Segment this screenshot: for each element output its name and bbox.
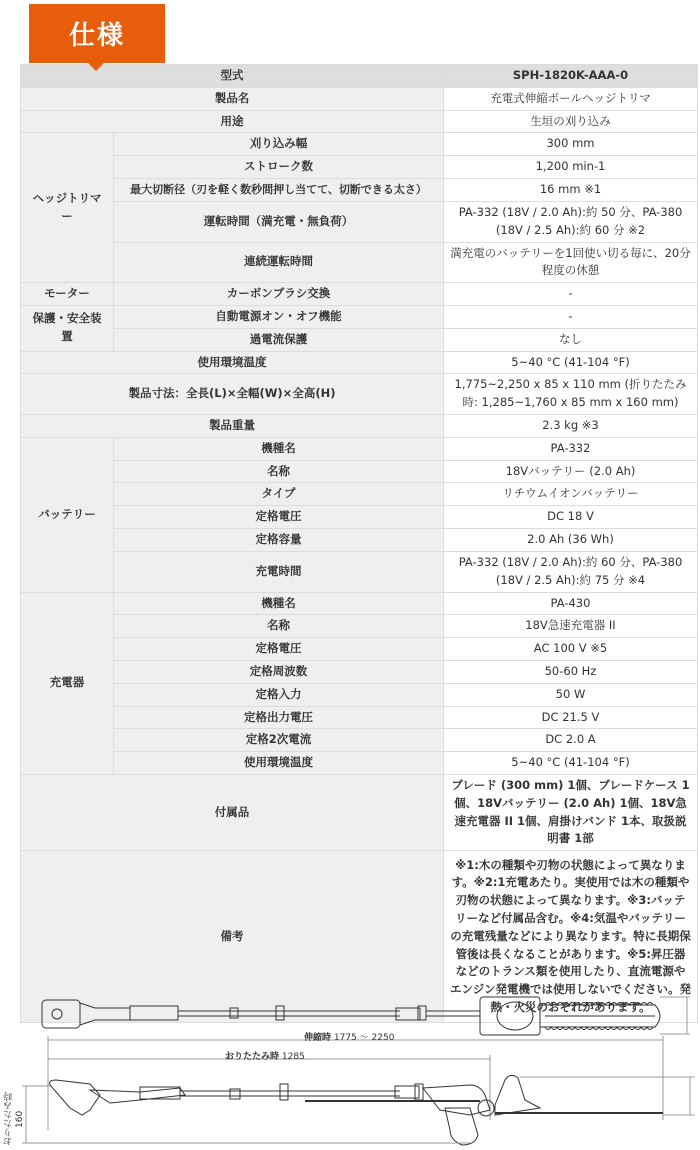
spec-value: 5~40 °C (41-104 °F) <box>444 752 698 775</box>
spec-label: 機種名 <box>114 592 444 615</box>
table-row: モーター カーボンブラシ交換 - <box>21 283 698 306</box>
spec-label: カーボンブラシ交換 <box>114 283 444 306</box>
table-row: 定格電圧 DC 18 V <box>21 506 698 529</box>
spec-value: PA-332 <box>444 437 698 460</box>
product-dimension-diagram <box>0 990 700 1150</box>
spec-value: 50 W <box>444 683 698 706</box>
spec-value: 2.3 kg ※3 <box>444 415 698 438</box>
spec-value: 5~40 °C (41-104 °F) <box>444 351 698 374</box>
spec-label: 過電流保護 <box>114 328 444 351</box>
spec-value: 2.0 Ah (36 Wh) <box>444 529 698 552</box>
spec-label: タイプ <box>114 483 444 506</box>
spec-label: 自動電源オン・オフ機能 <box>114 305 444 328</box>
spec-value: 16 mm ※1 <box>444 179 698 202</box>
spec-value: AC 100 V ※5 <box>444 638 698 661</box>
folded-height-value: 160 <box>15 1110 25 1127</box>
table-row: 運転時間（満充電・無負荷） PA-332 (18V / 2.0 Ah):約 50… <box>21 201 698 242</box>
spec-value: DC 18 V <box>444 506 698 529</box>
group-hedge-trimmer: ヘッジトリマー <box>21 133 114 283</box>
table-row: 定格2次電流 DC 2.0 A <box>21 729 698 752</box>
spec-value: PA-430 <box>444 592 698 615</box>
spec-label: 定格周波数 <box>114 660 444 683</box>
table-row: 付属品 ブレード (300 mm) 1個、ブレードケース 1個、18Vバッテリー… <box>21 775 698 851</box>
folded-height-text: おりたたみ時 <box>4 1092 14 1146</box>
spec-label: 付属品 <box>21 775 444 851</box>
extended-length-label: 伸縮時 1775 ～ 2250 <box>304 1030 394 1043</box>
section-title: 仕様 <box>69 15 125 52</box>
spec-label: 定格出力電圧 <box>114 706 444 729</box>
spec-label: 型式 <box>21 65 444 88</box>
spec-label: 連続運転時間 <box>114 242 444 283</box>
spec-label: 定格2次電流 <box>114 729 444 752</box>
spec-value: PA-332 (18V / 2.0 Ah):約 60 分、PA-380 (18V… <box>444 551 698 592</box>
spec-label: 定格容量 <box>114 529 444 552</box>
group-safety: 保護・安全装置 <box>21 305 114 351</box>
group-battery: バッテリー <box>21 437 114 592</box>
spec-label: ストローク数 <box>114 156 444 179</box>
spec-value: 生垣の刈り込み <box>444 110 698 133</box>
side-view-drawing <box>50 1075 663 1145</box>
spec-label: 充電時間 <box>114 551 444 592</box>
spec-value: 300 mm <box>444 133 698 156</box>
spec-label: 機種名 <box>114 437 444 460</box>
spec-label: 製品名 <box>21 87 444 110</box>
table-row: 定格出力電圧 DC 21.5 V <box>21 706 698 729</box>
folded-length-label: おりたたみ時 1285 <box>225 1049 305 1062</box>
table-row: 名称 18V急速充電器 II <box>21 615 698 638</box>
spec-value: DC 21.5 V <box>444 706 698 729</box>
spec-value: 18V急速充電器 II <box>444 615 698 638</box>
table-row: ストローク数 1,200 min-1 <box>21 156 698 179</box>
spec-label: 運転時間（満充電・無負荷） <box>114 201 444 242</box>
table-row: 定格周波数 50-60 Hz <box>21 660 698 683</box>
table-row: 保護・安全装置 自動電源オン・オフ機能 - <box>21 305 698 328</box>
spec-label: 名称 <box>114 460 444 483</box>
table-row: 用途 生垣の刈り込み <box>21 110 698 133</box>
spec-label: 製品寸法：全長(L)×全幅(W)×全高(H) <box>21 374 444 415</box>
spec-label: 使用環境温度 <box>114 752 444 775</box>
table-row: 製品重量 2.3 kg ※3 <box>21 415 698 438</box>
spec-value: 50-60 Hz <box>444 660 698 683</box>
tab-pointer <box>88 63 104 71</box>
spec-label: 製品重量 <box>21 415 444 438</box>
spec-table: 型式 SPH-1820K-AAA-0 製品名 充電式伸縮ポールヘッジトリマ 用途… <box>20 64 698 1023</box>
table-row: 定格電圧 AC 100 V ※5 <box>21 638 698 661</box>
spec-value: 充電式伸縮ポールヘッジトリマ <box>444 87 698 110</box>
table-row: 連続運転時間 満充電のバッテリーを1回使い切る毎に、20分程度の休憩 <box>21 242 698 283</box>
table-row: 名称 18Vバッテリー (2.0 Ah) <box>21 460 698 483</box>
spec-value: 満充電のバッテリーを1回使い切る毎に、20分程度の休憩 <box>444 242 698 283</box>
spec-value: ブレード (300 mm) 1個、ブレードケース 1個、18Vバッテリー (2.… <box>444 775 698 851</box>
table-row: 充電器 機種名 PA-430 <box>21 592 698 615</box>
table-row: 最大切断径（刃を軽く数秒間押し当てて、切断できる太さ） 16 mm ※1 <box>21 179 698 202</box>
spec-value: PA-332 (18V / 2.0 Ah):約 50 分、PA-380 (18V… <box>444 201 698 242</box>
table-row: タイプ リチウムイオンバッテリー <box>21 483 698 506</box>
spec-label: 刈り込み幅 <box>114 133 444 156</box>
table-row: ヘッジトリマー 刈り込み幅 300 mm <box>21 133 698 156</box>
extended-label-text: 伸縮時 <box>304 1033 331 1043</box>
folded-label-text: おりたたみ時 <box>225 1052 279 1062</box>
table-row: 型式 SPH-1820K-AAA-0 <box>21 65 698 88</box>
spec-label: 定格入力 <box>114 683 444 706</box>
table-row: 過電流保護 なし <box>21 328 698 351</box>
spec-value: - <box>444 283 698 306</box>
table-row: バッテリー 機種名 PA-332 <box>21 437 698 460</box>
spec-value: なし <box>444 328 698 351</box>
folded-length-value: 1285 <box>282 1052 305 1062</box>
table-row: 製品名 充電式伸縮ポールヘッジトリマ <box>21 87 698 110</box>
group-motor: モーター <box>21 283 114 306</box>
table-row: 充電時間 PA-332 (18V / 2.0 Ah):約 60 分、PA-380… <box>21 551 698 592</box>
spec-value: リチウムイオンバッテリー <box>444 483 698 506</box>
spec-value: 1,775~2,250 x 85 x 110 mm (折りたたみ時: 1,285… <box>444 374 698 415</box>
spec-value: 18Vバッテリー (2.0 Ah) <box>444 460 698 483</box>
spec-label: 定格電圧 <box>114 638 444 661</box>
spec-value: 1,200 min-1 <box>444 156 698 179</box>
table-row: 定格容量 2.0 Ah (36 Wh) <box>21 529 698 552</box>
spec-label: 使用環境温度 <box>21 351 444 374</box>
spec-value: DC 2.0 A <box>444 729 698 752</box>
spec-label: 定格電圧 <box>114 506 444 529</box>
table-row: 定格入力 50 W <box>21 683 698 706</box>
spec-label: 最大切断径（刃を軽く数秒間押し当てて、切断できる太さ） <box>114 179 444 202</box>
spec-value: - <box>444 305 698 328</box>
table-row: 使用環境温度 5~40 °C (41-104 °F) <box>21 752 698 775</box>
spec-label: 用途 <box>21 110 444 133</box>
extended-length-value: 1775 ～ 2250 <box>334 1033 395 1043</box>
group-charger: 充電器 <box>21 592 114 775</box>
spec-value: SPH-1820K-AAA-0 <box>444 65 698 88</box>
table-row: 使用環境温度 5~40 °C (41-104 °F) <box>21 351 698 374</box>
table-row: 製品寸法：全長(L)×全幅(W)×全高(H) 1,775~2,250 x 85 … <box>21 374 698 415</box>
spec-label: 名称 <box>114 615 444 638</box>
spec-section-tab: 仕様 <box>29 4 165 63</box>
folded-height-label: おりたたみ時 160 <box>2 1088 24 1150</box>
